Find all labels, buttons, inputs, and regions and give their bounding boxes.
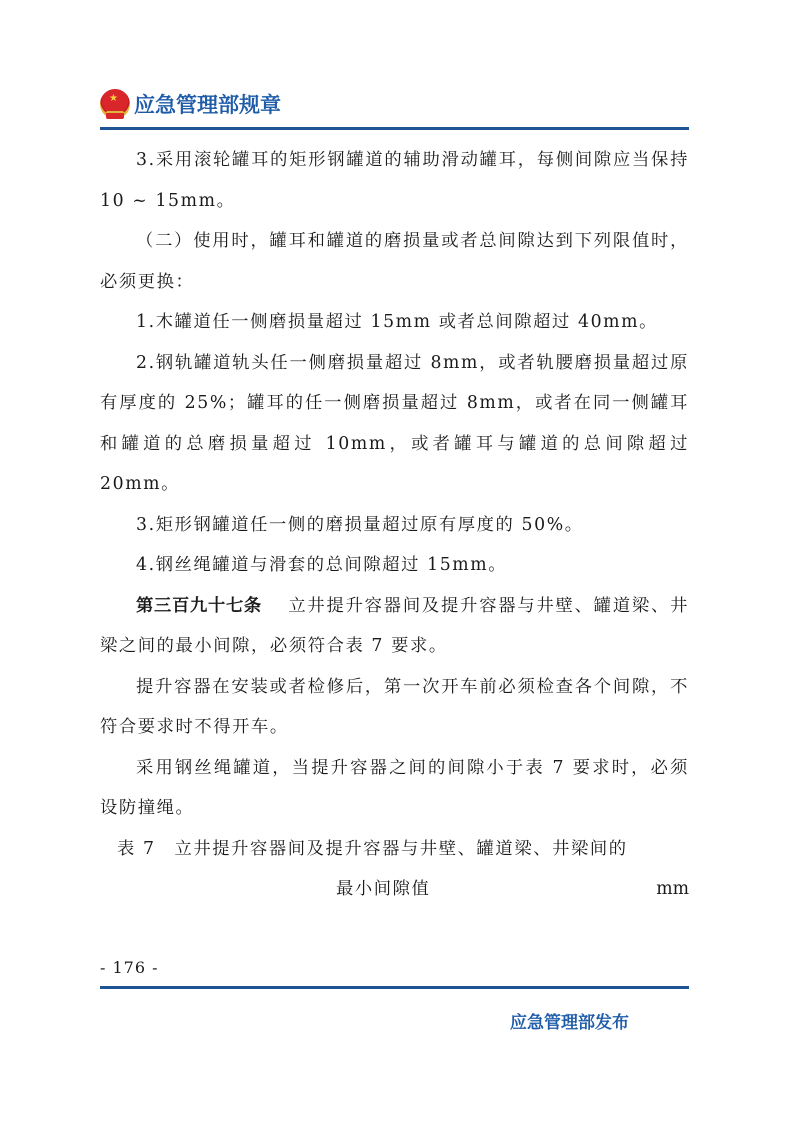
table-caption: 表 7 立井提升容器间及提升容器与井壁、罐道梁、井梁间的 [100,829,689,870]
paragraph: 3.矩形钢罐道任一侧的磨损量超过原有厚度的 50%。 [100,505,689,546]
document-body: 3.采用滚轮罐耳的矩形钢罐道的辅助滑动罐耳，每侧间隙应当保持 10 ~ 15mm… [100,140,689,910]
national-emblem-icon: ★ [100,89,130,119]
footer-divider [100,986,689,989]
header-divider [100,127,689,130]
article-paragraph: 第三百九十七条 立井提升容器间及提升容器与井壁、罐道梁、井梁之间的最小间隙，必须… [100,586,689,667]
paragraph: 提升容器在安装或者检修后，第一次开车前必须检查各个间隙，不符合要求时不得开车。 [100,667,689,748]
article-number: 第三百九十七条 [136,596,262,616]
publisher-label: 应急管理部发布 [510,1008,629,1033]
paragraph: 1.木罐道任一侧磨损量超过 15mm 或者总间隙超过 40mm。 [100,302,689,343]
page-number: - 176 - [100,958,159,977]
paragraph: 采用钢丝绳罐道，当提升容器之间的间隙小于表 7 要求时，必须设防撞绳。 [100,748,689,829]
paragraph: （二）使用时，罐耳和罐道的磨损量或者总间隙达到下列限值时，必须更换： [100,221,689,302]
page-header: ★ 应急管理部规章 [100,86,281,122]
paragraph: 3.采用滚轮罐耳的矩形钢罐道的辅助滑动罐耳，每侧间隙应当保持 10 ~ 15mm… [100,140,689,221]
table-caption-title: 最小间隙值 [336,869,430,910]
table-caption-line2: 最小间隙值 mm [100,869,689,910]
paragraph: 4.钢丝绳罐道与滑套的总间隙超过 15mm。 [100,545,689,586]
table-unit: mm [656,869,689,910]
paragraph: 2.钢轨罐道轨头任一侧磨损量超过 8mm，或者轨腰磨损量超过原有厚度的 25%；… [100,343,689,505]
header-title: 应急管理部规章 [134,89,281,119]
